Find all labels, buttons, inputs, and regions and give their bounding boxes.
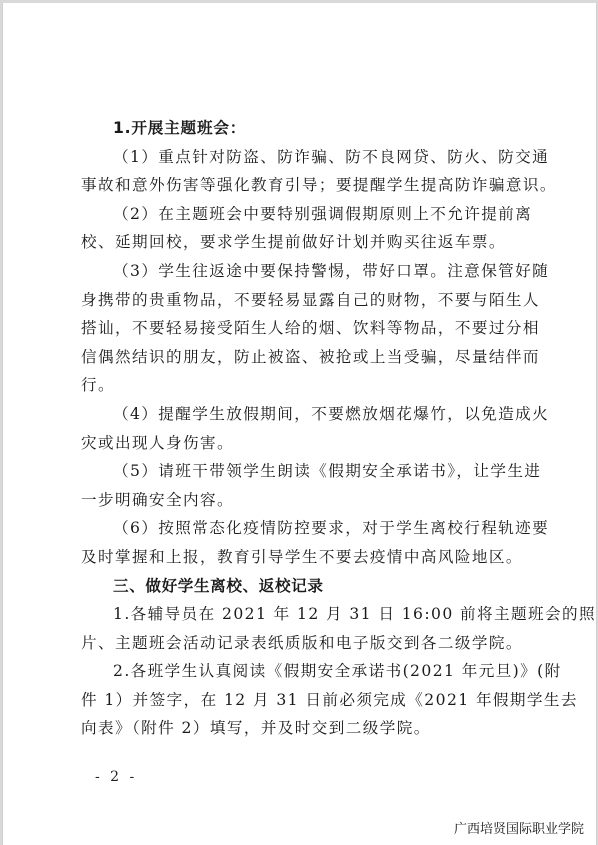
paragraph-line: 行。 — [81, 371, 523, 400]
paragraph-line: 片、主题班会活动记录表纸质版和电子版交到各二级学院。 — [81, 629, 523, 658]
paragraph-line: （3）学生往返途中要保持警惕，带好口罩。注意保管好随 — [81, 257, 523, 286]
paragraph-line: 灾或出现人身伤害。 — [81, 429, 523, 458]
paragraph-line: （4）提醒学生放假期间，不要燃放烟花爆竹，以免造成火 — [81, 400, 523, 429]
paragraph-line: 校、延期回校，要求学生提前做好计划并购买往返车票。 — [81, 228, 523, 257]
paragraph-line: 向表》（附件 2）填写，并及时交到二级学院。 — [81, 714, 523, 743]
paragraph-line: 1.各辅导员在 2021 年 12 月 31 日 16:00 前将主题班会的照 — [81, 600, 523, 629]
document-body: 1.开展主题班会： （1）重点针对防盗、防诈骗、防不良网贷、防火、防交通 事故和… — [81, 114, 523, 743]
section-heading: 三、做好学生离校、返校记录 — [81, 572, 523, 601]
paragraph-line: （6）按照常态化疫情防控要求，对于学生离校行程轨迹要 — [81, 514, 523, 543]
section-3-item-1: 1.各辅导员在 2021 年 12 月 31 日 16:00 前将主题班会的照 … — [81, 600, 523, 657]
paragraph-line: 一步明确安全内容。 — [81, 486, 523, 515]
paragraph-line: （5）请班干带领学生朗读《假期安全承诺书》，让学生进 — [81, 457, 523, 486]
paragraph-line: 及时掌握和上报，教育引导学生不要去疫情中高风险地区。 — [81, 543, 523, 572]
list-item-4: （4）提醒学生放假期间，不要燃放烟花爆竹，以免造成火 灾或出现人身伤害。 — [81, 400, 523, 457]
list-item-5: （5）请班干带领学生朗读《假期安全承诺书》，让学生进 一步明确安全内容。 — [81, 457, 523, 514]
list-item-2: （2）在主题班会中要特别强调假期原则上不允许提前离 校、延期回校，要求学生提前做… — [81, 200, 523, 257]
list-item-3: （3）学生往返途中要保持警惕，带好口罩。注意保管好随 身携带的贵重物品，不要轻易… — [81, 257, 523, 400]
list-item-1: （1）重点针对防盗、防诈骗、防不良网贷、防火、防交通 事故和意外伤害等强化教育引… — [81, 143, 523, 200]
paragraph-line: 信偶然结识的朋友，防止被盗、被抢或上当受骗，尽量结伴而 — [81, 343, 523, 372]
section-3-item-2: 2.各班学生认真阅读《假期安全承诺书(2021 年元旦)》(附 件 1）并签字，… — [81, 657, 523, 743]
paragraph-line: （1）重点针对防盗、防诈骗、防不良网贷、防火、防交通 — [81, 143, 523, 172]
footer-organization: 广西培贤国际职业学院 — [454, 818, 584, 837]
paragraph-line: 件 1）并签字，在 12 月 31 日前必须完成《2021 年假期学生去 — [81, 686, 523, 715]
page-number: - 2 - — [95, 769, 137, 785]
document-page: 1.开展主题班会： （1）重点针对防盗、防诈骗、防不良网贷、防火、防交通 事故和… — [2, 3, 597, 845]
paragraph-line: 2.各班学生认真阅读《假期安全承诺书(2021 年元旦)》(附 — [81, 657, 523, 686]
subsection-heading: 1.开展主题班会： — [81, 114, 523, 143]
paragraph-line: 身携带的贵重物品，不要轻易显露自己的财物，不要与陌生人 — [81, 286, 523, 315]
paragraph-line: （2）在主题班会中要特别强调假期原则上不允许提前离 — [81, 200, 523, 229]
paragraph-line: 事故和意外伤害等强化教育引导；要提醒学生提高防诈骗意识。 — [81, 171, 523, 200]
paragraph-line: 搭讪，不要轻易接受陌生人给的烟、饮料等物品，不要过分相 — [81, 314, 523, 343]
list-item-6: （6）按照常态化疫情防控要求，对于学生离校行程轨迹要 及时掌握和上报，教育引导学… — [81, 514, 523, 571]
